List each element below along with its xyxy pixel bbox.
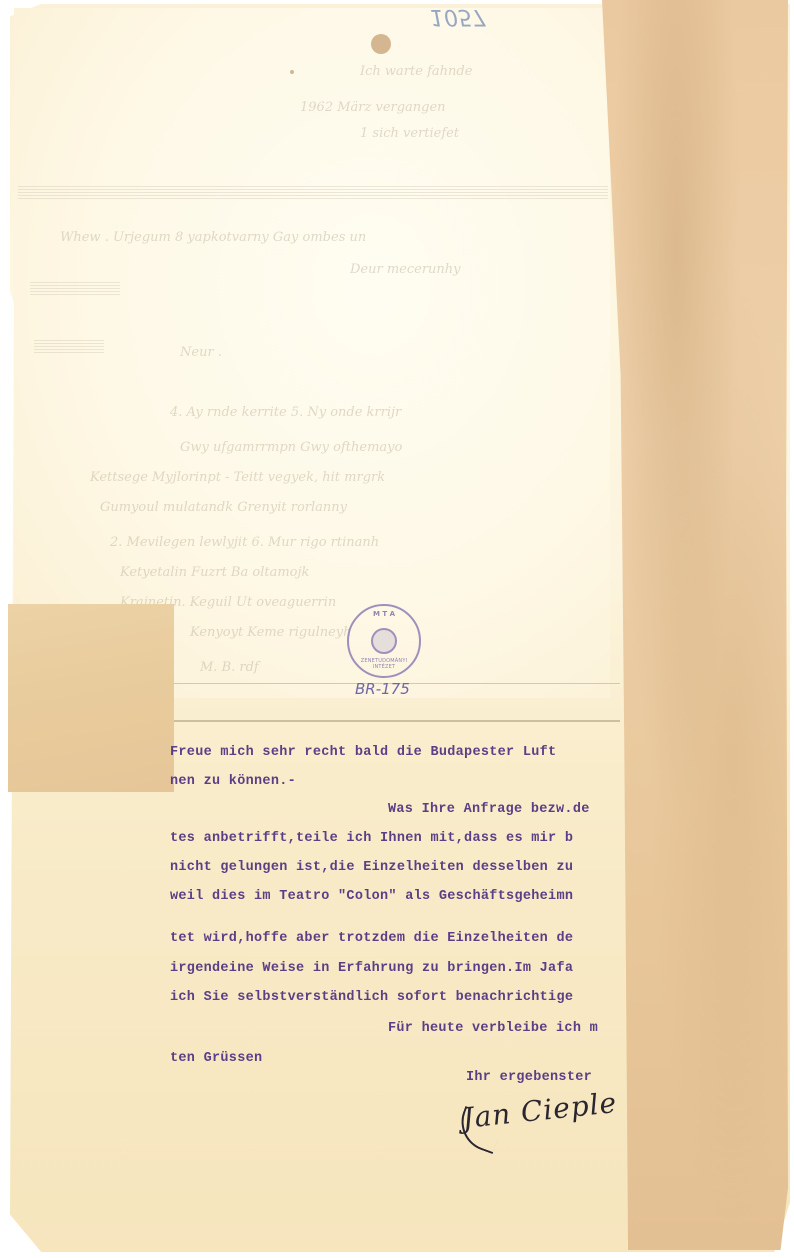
ghost-handwriting-line: Deur mecerunhy — [350, 262, 461, 277]
typed-line: nicht gelungen ist,die Einzelheiten dess… — [170, 861, 573, 875]
typed-line: tet wird,hoffe aber trotzdem die Einzelh… — [170, 932, 573, 946]
stamp-ring-text: ZENETUDOMÁNYI INTÉZET — [349, 658, 419, 670]
stamp-top-text: M T A — [349, 610, 419, 618]
typed-line: irgendeine Weise in Erfahrung zu bringen… — [170, 962, 573, 976]
shelfmark: BR-175 — [355, 680, 410, 698]
ghost-handwriting-line: Neur . — [180, 345, 222, 360]
archive-number: 1057 — [430, 4, 486, 29]
ghost-handwriting-line: Whew . Urjegum 8 yapkotvarny Gay ombes u… — [60, 230, 366, 245]
typed-line: Was Ihre Anfrage bezw.de — [388, 803, 590, 817]
ink-stain — [371, 34, 391, 54]
ghost-handwriting-line: 2. Mevilegen lewlyjit 6. Mur rigo rtinan… — [110, 535, 379, 550]
typed-line: Ihr ergebenster — [466, 1071, 592, 1085]
repair-tape-left — [8, 604, 174, 792]
ghost-handwriting-line: M. B. rdf — [200, 660, 259, 675]
typed-line: tes anbetrifft,teile ich Ihnen mit,dass … — [170, 832, 573, 846]
ghost-handwriting-line: 1 sich vertiefet — [360, 126, 459, 141]
ghost-handwriting-line: Ich warte fahnde — [360, 64, 472, 79]
typed-line: ich Sie selbstverständlich sofort benach… — [170, 991, 573, 1005]
music-staff — [30, 282, 120, 296]
ghost-handwriting-line: Gwy ufgamrrmpn Gwy ofthemayo — [180, 440, 402, 455]
music-staff — [34, 340, 104, 354]
typed-line: ten Grüssen — [170, 1052, 262, 1066]
sheet-edge-line — [170, 720, 620, 722]
ink-stain — [290, 70, 294, 74]
ghost-handwriting-line: 1962 März vergangen — [300, 100, 446, 115]
typed-line: Für heute verbleibe ich m — [388, 1022, 598, 1036]
repair-tape-right — [602, 0, 788, 1250]
ghost-handwriting-line: Ketyetalin Fuzrt Ba oltamojk — [120, 565, 309, 580]
music-staff — [18, 186, 608, 200]
ghost-handwriting-line: Kettsege Myjlorinpt - Teitt vegyek, hit … — [90, 470, 385, 485]
ghost-handwriting-line: Gumyoul mulatandk Grenyit rorlanny — [100, 500, 347, 515]
ghost-handwriting-line: 4. Ay rnde kerrite 5. Ny onde krrijr — [170, 405, 401, 420]
institute-stamp: M T A ZENETUDOMÁNYI INTÉZET — [347, 604, 421, 678]
typed-line: nen zu können.- — [170, 775, 296, 789]
typed-line: Freue mich sehr recht bald die Budapeste… — [170, 746, 556, 760]
typed-line: weil dies im Teatro "Colon" als Geschäft… — [170, 890, 573, 904]
coat-of-arms-icon — [371, 628, 397, 654]
ghost-handwriting-line: Kenyoyt Keme rigulneyh — [190, 625, 352, 640]
